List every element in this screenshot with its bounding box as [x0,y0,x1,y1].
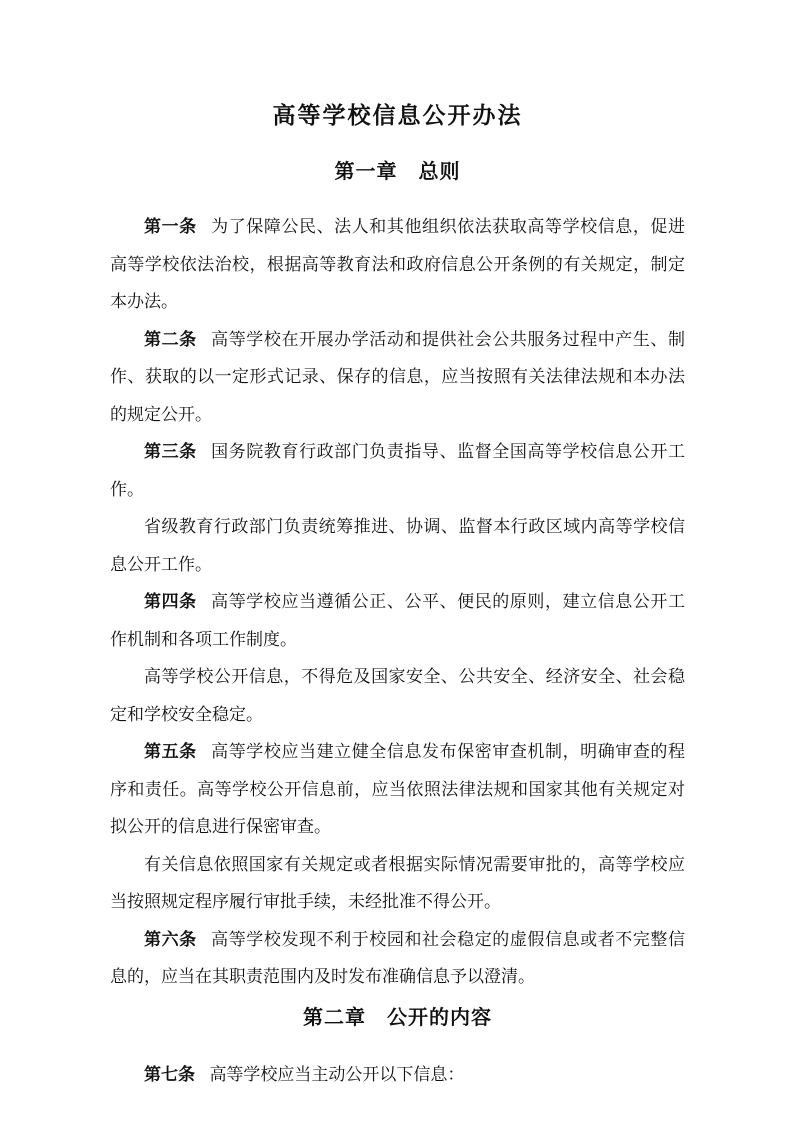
article-text: 高等学校公开信息，不得危及国家安全、公共安全、经济安全、社会稳定和学校安全稳定。 [110,667,685,724]
article-paragraph: 高等学校公开信息，不得危及国家安全、公共安全、经济安全、社会稳定和学校安全稳定。 [110,658,685,733]
chapter-2-body: 第七条高等学校应当主动公开以下信息： [110,1056,685,1094]
article-number-label: 第一条 [144,217,197,236]
chapter-2-heading: 第二章 公开的内容 [110,1004,685,1032]
article-paragraph: 第二条高等学校在开展办学活动和提供社会公共服务过程中产生、制作、获取的以一定形式… [110,321,685,434]
article-paragraph: 省级教育行政部门负责统筹推进、协调、监督本行政区域内高等学校信息公开工作。 [110,508,685,583]
article-number-label: 第三条 [144,442,197,461]
document-title: 高等学校信息公开办法 [110,101,685,129]
article-paragraph: 第七条高等学校应当主动公开以下信息： [110,1056,685,1094]
chapter-1-body: 第一条为了保障公民、法人和其他组织依法获取高等学校信息，促进高等学校依法治校，根… [110,208,685,996]
article-paragraph: 第五条高等学校应当建立健全信息发布保密审查机制，明确审查的程序和责任。高等学校公… [110,733,685,846]
article-text: 省级教育行政部门负责统筹推进、协调、监督本行政区域内高等学校信息公开工作。 [110,517,685,574]
article-number-label: 第二条 [144,330,197,349]
article-number-label: 第五条 [144,742,197,761]
document-page: 高等学校信息公开办法 第一章 总则 第一条为了保障公民、法人和其他组织依法获取高… [0,0,793,1122]
article-text: 有关信息依照国家有关规定或者根据实际情况需要审批的，高等学校应当按照规定程序履行… [110,855,685,912]
article-paragraph: 第六条高等学校发现不利于校园和社会稳定的虚假信息或者不完整信息的，应当在其职责范… [110,921,685,996]
chapter-1-heading: 第一章 总则 [110,158,685,186]
article-paragraph: 第一条为了保障公民、法人和其他组织依法获取高等学校信息，促进高等学校依法治校，根… [110,208,685,321]
article-paragraph: 第四条高等学校应当遵循公正、公平、便民的原则，建立信息公开工作机制和各项工作制度… [110,583,685,658]
article-paragraph: 第三条国务院教育行政部门负责指导、监督全国高等学校信息公开工作。 [110,433,685,508]
article-number-label: 第六条 [144,930,197,949]
article-number-label: 第四条 [144,592,197,611]
article-number-label: 第七条 [144,1065,195,1084]
article-text: 高等学校应当主动公开以下信息： [209,1065,464,1084]
article-paragraph: 有关信息依照国家有关规定或者根据实际情况需要审批的，高等学校应当按照规定程序履行… [110,846,685,921]
